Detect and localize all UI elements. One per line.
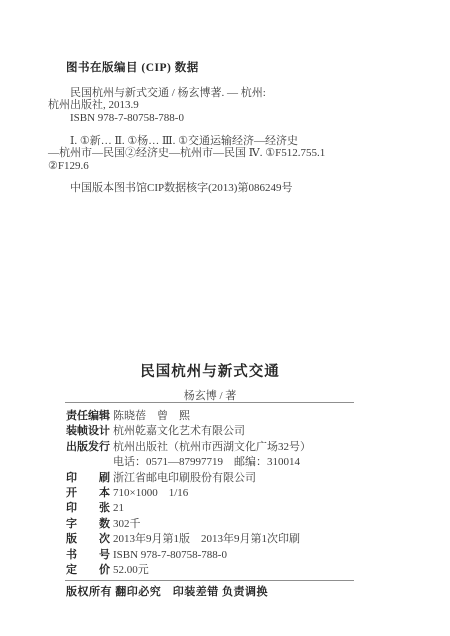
- cip-record-number: 中国版本图书馆CIP数据核字(2013)第086249号: [70, 182, 292, 194]
- colophon-value: ISBN 978-7-80758-788-0: [113, 549, 227, 561]
- colophon-row: 版 次 2013年9月第1版 2013年9月第1次印刷: [66, 533, 311, 548]
- cip-classification-line-1: Ⅰ. ①新… Ⅱ. ①杨… Ⅲ. ①交通运输经济—经济史: [48, 135, 325, 147]
- colophon-value: 杭州出版社（杭州市西湖文化广场32号）: [113, 441, 311, 453]
- colophon-row: 装帧设计 杭州乾嘉文化艺术有限公司: [66, 425, 311, 440]
- colophon-row: 字 数 302千: [66, 518, 311, 533]
- divider-line-bottom: [65, 580, 354, 581]
- colophon-value: 电话：0571—87997719 邮编：310014: [113, 456, 300, 468]
- colophon-row: 电话：0571—87997719 邮编：310014: [66, 456, 311, 471]
- colophon-row: 书 号 ISBN 978-7-80758-788-0: [66, 549, 311, 564]
- colophon-label: 定 价: [66, 564, 113, 576]
- cip-classification-line-2: —杭州市—民国②经济史—杭州市—民国 Ⅳ. ①F512.755.1: [48, 147, 325, 159]
- cip-classification-block: Ⅰ. ①新… Ⅱ. ①杨… Ⅲ. ①交通运输经济—经济史 —杭州市—民国②经济史…: [48, 135, 325, 172]
- book-copyright-page: 图书在版编目 (CIP) 数据 民国杭州与新式交通 / 杨玄博著. — 杭州: …: [0, 0, 450, 636]
- colophon-row: 责任编辑 陈晓蓓 曾 熙: [66, 410, 311, 425]
- colophon-row: 开 本 710×1000 1/16: [66, 487, 311, 502]
- colophon-label: 责任编辑: [66, 410, 113, 422]
- colophon-row: 印 张 21: [66, 502, 311, 517]
- book-author: 杨玄博 / 著: [184, 390, 237, 402]
- colophon-value: 杭州乾嘉文化艺术有限公司: [113, 425, 245, 437]
- cip-record-block: 民国杭州与新式交通 / 杨玄博著. — 杭州: 杭州出版社, 2013.9 IS…: [48, 87, 266, 124]
- colophon-label: 出版发行: [66, 441, 113, 453]
- title-block: 民国杭州与新式交通: [0, 363, 420, 381]
- colophon-label: 版 次: [66, 533, 113, 545]
- cip-record-line-2: 杭州出版社, 2013.9: [48, 99, 266, 111]
- colophon-row: 印 刷 浙江省邮电印刷股份有限公司: [66, 472, 311, 487]
- colophon-value: 710×1000 1/16: [113, 487, 188, 499]
- copyright-notice: 版权所有 翻印必究 印装差错 负责调换: [66, 586, 268, 598]
- book-title: 民国杭州与新式交通: [140, 364, 280, 380]
- colophon-label: 字 数: [66, 518, 113, 530]
- colophon-label: 装帧设计: [66, 425, 113, 437]
- colophon-value: 52.00元: [113, 564, 149, 576]
- colophon-label: 印 张: [66, 502, 113, 514]
- colophon-label: 书 号: [66, 549, 113, 561]
- colophon-value: 浙江省邮电印刷股份有限公司: [113, 472, 256, 484]
- cip-record-line-1: 民国杭州与新式交通 / 杨玄博著. — 杭州:: [48, 87, 266, 99]
- colophon-row: 出版发行 杭州出版社（杭州市西湖文化广场32号）: [66, 441, 311, 456]
- colophon-value: 2013年9月第1版 2013年9月第1次印刷: [113, 533, 300, 545]
- colophon-row: 定 价 52.00元: [66, 564, 311, 579]
- colophon-value: 302千: [113, 518, 141, 530]
- colophon-table: 责任编辑 陈晓蓓 曾 熙 装帧设计 杭州乾嘉文化艺术有限公司 出版发行 杭州出版…: [66, 410, 311, 579]
- cip-heading: 图书在版编目 (CIP) 数据: [66, 62, 199, 74]
- colophon-label: 印 刷: [66, 472, 113, 484]
- cip-record-line-3: ISBN 978-7-80758-788-0: [48, 112, 266, 124]
- colophon-label: 开 本: [66, 487, 113, 499]
- colophon-value: 21: [113, 502, 124, 514]
- divider-line-top: [65, 402, 354, 403]
- colophon-value: 陈晓蓓 曾 熙: [113, 410, 190, 422]
- cip-classification-line-3: ②F129.6: [48, 160, 325, 172]
